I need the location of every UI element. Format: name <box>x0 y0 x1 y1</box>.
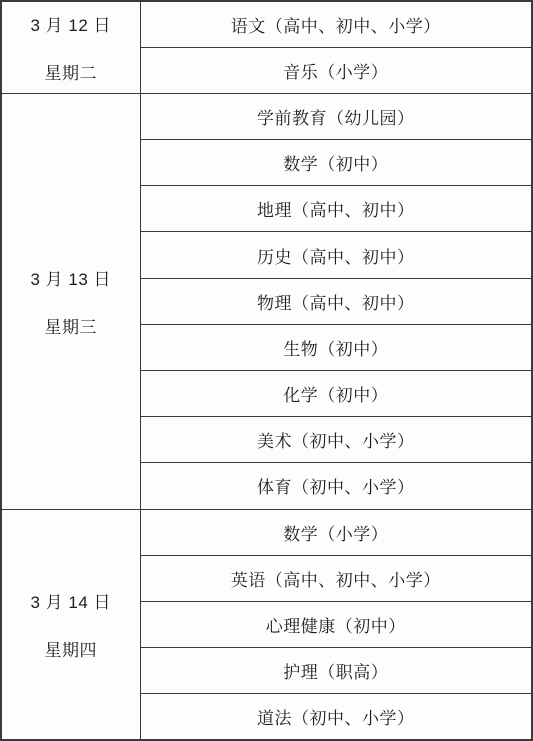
subject-cell: 体育（初中、小学） <box>140 463 532 509</box>
date-cell: 3 月 12 日星期二 <box>1 1 140 93</box>
weekday-text: 星期四 <box>6 636 136 661</box>
table-row: 3 月 13 日星期三学前教育（幼儿园） <box>1 93 532 139</box>
schedule-table: 3 月 12 日星期二语文（高中、初中、小学）音乐（小学）3 月 13 日星期三… <box>0 0 533 741</box>
date-cell: 3 月 14 日星期四 <box>1 509 140 740</box>
weekday-text: 星期二 <box>6 59 136 84</box>
date-text: 3 月 12 日 <box>6 11 136 36</box>
subject-cell: 地理（高中、初中） <box>140 186 532 232</box>
subject-cell: 护理（职高） <box>140 648 532 694</box>
subject-cell: 心理健康（初中） <box>140 601 532 647</box>
subject-cell: 美术（初中、小学） <box>140 417 532 463</box>
subject-cell: 历史（高中、初中） <box>140 232 532 278</box>
table-row: 3 月 14 日星期四数学（小学） <box>1 509 532 555</box>
subject-cell: 道法（初中、小学） <box>140 694 532 740</box>
subject-cell: 音乐（小学） <box>140 47 532 93</box>
page: 3 月 12 日星期二语文（高中、初中、小学）音乐（小学）3 月 13 日星期三… <box>0 0 533 741</box>
table-row: 3 月 12 日星期二语文（高中、初中、小学） <box>1 1 532 47</box>
subject-cell: 语文（高中、初中、小学） <box>140 1 532 47</box>
subject-cell: 英语（高中、初中、小学） <box>140 555 532 601</box>
date-text: 3 月 13 日 <box>6 265 136 290</box>
schedule-table-body: 3 月 12 日星期二语文（高中、初中、小学）音乐（小学）3 月 13 日星期三… <box>1 1 532 740</box>
weekday-text: 星期三 <box>6 313 136 338</box>
date-cell: 3 月 13 日星期三 <box>1 93 140 509</box>
subject-cell: 生物（初中） <box>140 324 532 370</box>
subject-cell: 数学（初中） <box>140 140 532 186</box>
subject-cell: 物理（高中、初中） <box>140 278 532 324</box>
subject-cell: 化学（初中） <box>140 371 532 417</box>
subject-cell: 学前教育（幼儿园） <box>140 93 532 139</box>
date-text: 3 月 14 日 <box>6 588 136 613</box>
subject-cell: 数学（小学） <box>140 509 532 555</box>
